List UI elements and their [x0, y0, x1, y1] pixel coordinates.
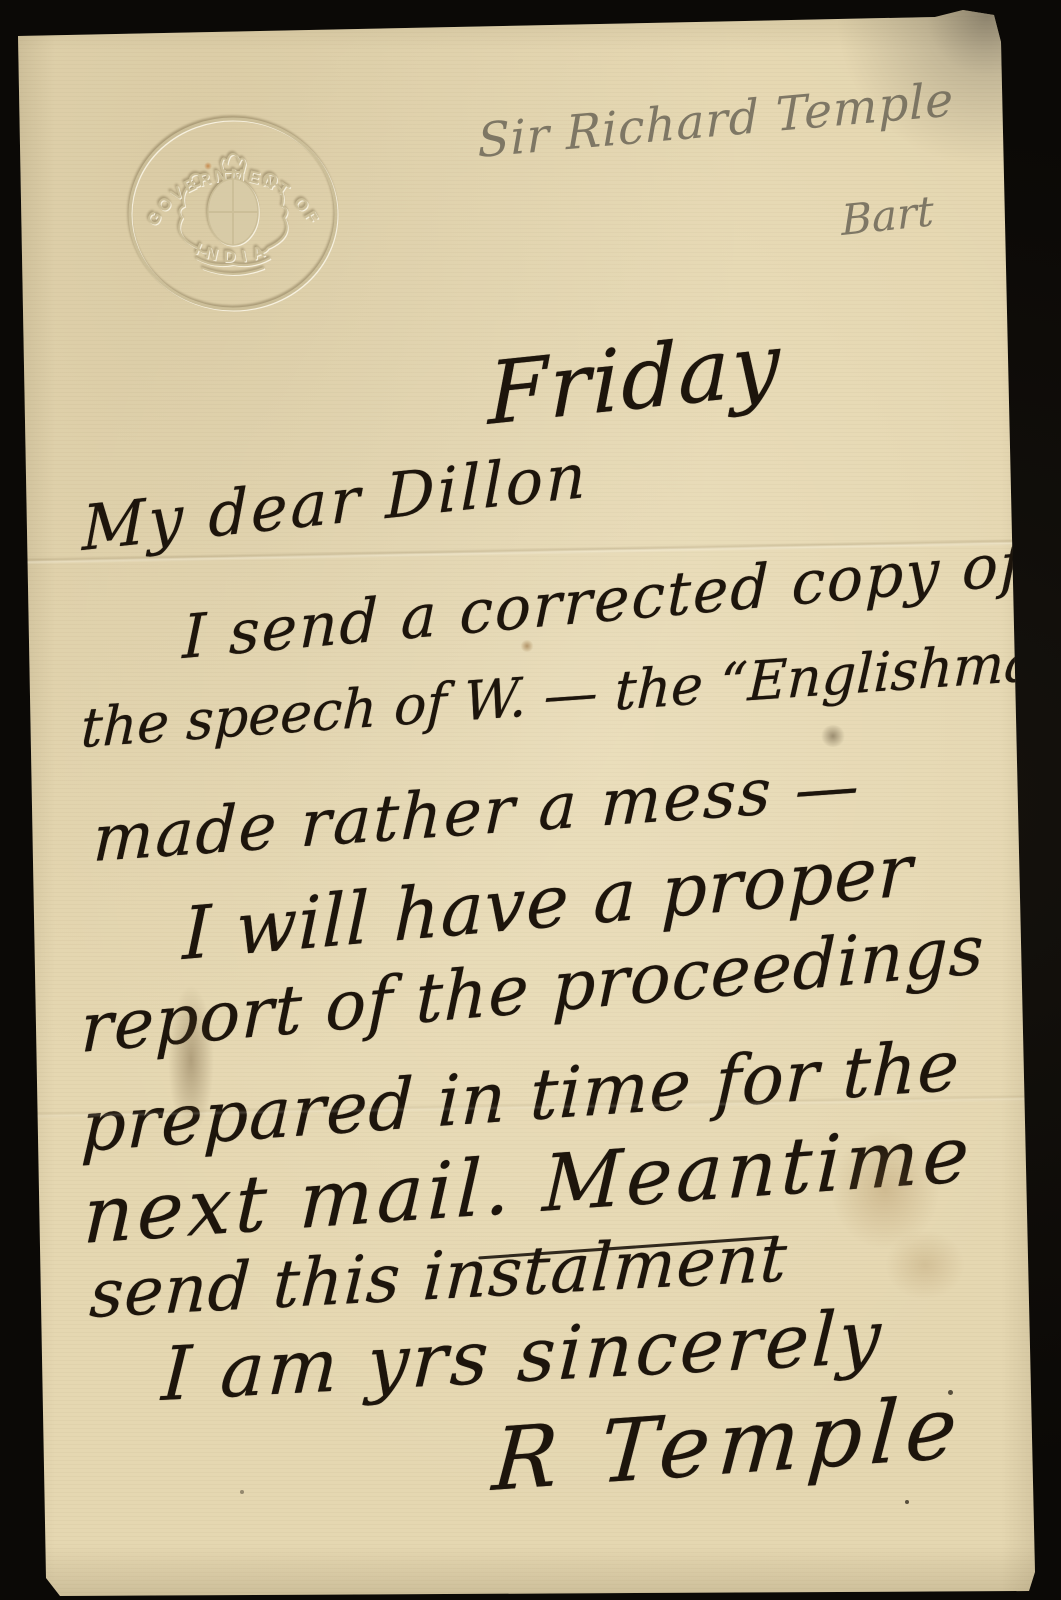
government-of-india-seal: GOVERNMENT OF INDIA: [122, 112, 344, 316]
letter-signature: R Temple: [490, 1384, 968, 1504]
ink-speck: [948, 1390, 953, 1395]
stain: [885, 1230, 965, 1300]
pencil-annotation-name: Sir Richard Temple: [477, 76, 954, 165]
letter-salutation: My dear Dillon: [82, 444, 589, 560]
pencil-annotation-title: Bart: [841, 190, 935, 242]
letter-paper: GOVERNMENT OF INDIA Sir Richard Temple B…: [0, 0, 1061, 1600]
stain: [820, 725, 846, 747]
letter-date-line: Friday: [488, 321, 782, 438]
photograph-background: GOVERNMENT OF INDIA Sir Richard Temple B…: [0, 0, 1061, 1600]
ink-speck: [905, 1500, 909, 1504]
ink-speck: [240, 1490, 244, 1494]
